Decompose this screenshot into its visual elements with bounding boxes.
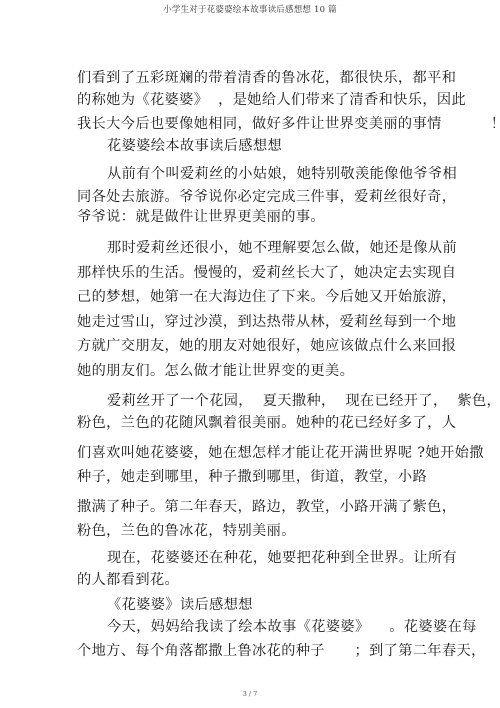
text-line: 方就广交朋友，她的朋友对她很好，她应该做点什么来回报 [77,337,456,355]
section-heading: 《花婆婆》读后感想想 [107,596,253,614]
text-line: 今天，妈妈给我读了绘本故事《花婆婆》 。花婆婆在每 [107,618,477,636]
text-line: 爷爷说：就是做件让世界更美丽的事。 [77,208,325,226]
text-line: 种子，她走到哪里，种子撒到哪里，街道，教堂，小路 [77,468,427,486]
text-line: 那样快乐的生活。慢慢的，爱莉丝长大了，她决定去实现自 [77,264,456,282]
text-line: 撒满了种子。第二年春天，路边，教堂，小路开满了紫色， [77,498,456,516]
text-line: 她走过雪山，穿过沙漠，到达热带从林，爱莉丝每到一个地 [77,313,456,331]
section-heading: 花婆婆绘本故事读后感想想 [107,137,282,155]
text-line: 的人都看到花。 [77,571,179,589]
text-line: 爱莉丝开了一个花园， 夏天撒种， 现在已经开了， 紫色， [107,392,500,410]
text-line: 粉色，兰色的鲁冰花，特别美丽。 [77,522,296,540]
text-line: 她的朋友们。怎么做才能让世界变的更美。 [77,362,354,380]
text-line: 从前有个叫爱莉丝的小姑娘，她特别敬羡能像他爷爷相 [107,165,457,183]
text-line: 粉色，兰色的花随风飘着很美丽。她种的花已经好多了，人 [77,414,456,432]
text-line: 己的梦想，她第一在大海边住了下来。今后她又开始旅游， [77,288,456,306]
text-line: 同各处去旅游。爷爷说你必定完成三件事，爱莉丝很好奇， [77,188,456,206]
text-line: 们喜欢叫她花婆婆，她在想怎样才能让花开满世界呢 ?她开始撒 [77,444,484,462]
text-line: 现在，花婆婆还在种花，她要把花种到全世界。让所有 [107,549,457,567]
text-line: 们看到了五彩斑斓的带着清香的鲁冰花，都很快乐，都平和 [77,69,456,87]
page-number: 3 / 7 [0,690,500,698]
text-line: 我长大今后也要像她相同，做好多件让世界变美丽的事情 ！ [77,115,500,133]
text-line: 的称她为《花婆婆》 ，是她给人们带来了清香和快乐，因此 [77,91,466,109]
text-line: 那时爱莉丝还很小，她不理解要怎么做，她还是像从前 [107,239,457,257]
text-line: 个地方、每个角落都撒上鲁冰花的种子 ；到了第二年春天， [77,642,486,660]
document-header-title: 小学生对于花婆婆绘本故事读后感想想 10 篇 [0,3,500,15]
